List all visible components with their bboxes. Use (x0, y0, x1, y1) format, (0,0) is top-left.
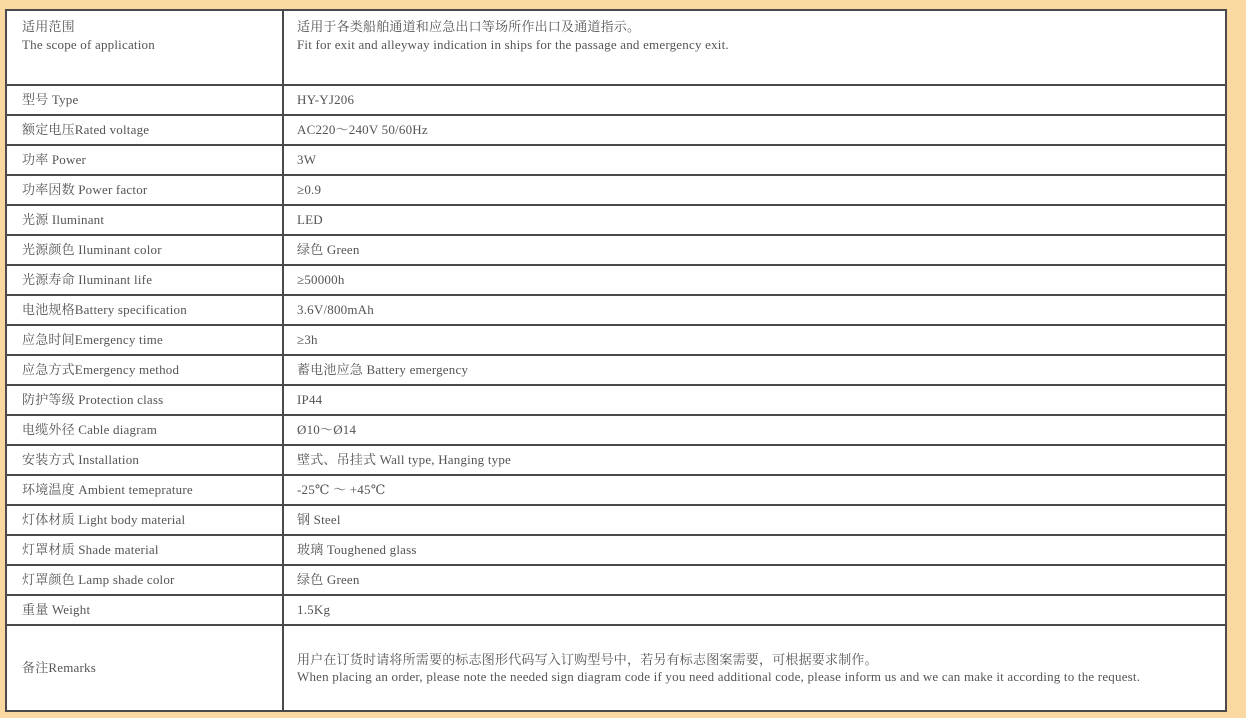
spec-value-cell: 玻璃 Toughened glass (284, 536, 1225, 564)
spec-value-line: Ø10～Ø14 (297, 421, 1197, 439)
spec-label-line: 灯罩颜色 Lamp shade color (22, 571, 274, 589)
spec-label-line: 环境温度 Ambient temeprature (22, 481, 274, 499)
spec-label-line: 安装方式 Installation (22, 451, 274, 469)
spec-value-cell: 适用于各类船舶通道和应急出口等场所作出口及通道指示。Fit for exit a… (284, 11, 1225, 84)
table-row: 应急时间Emergency time≥3h (7, 326, 1225, 356)
spec-value-cell: 绿色 Green (284, 566, 1225, 594)
spec-value-line: ≥0.9 (297, 181, 1197, 199)
spec-value-line: AC220～240V 50/60Hz (297, 121, 1197, 139)
spec-value-cell: 蓄电池应急 Battery emergency (284, 356, 1225, 384)
table-row: 应急方式Emergency method蓄电池应急 Battery emerge… (7, 356, 1225, 386)
spec-value-cell: 钢 Steel (284, 506, 1225, 534)
table-row: 环境温度 Ambient temeprature-25℃ ～ +45℃ (7, 476, 1225, 506)
table-row: 电缆外径 Cable diagramØ10～Ø14 (7, 416, 1225, 446)
spec-value-cell: 壁式、吊挂式 Wall type, Hanging type (284, 446, 1225, 474)
spec-value-line: HY-YJ206 (297, 91, 1197, 109)
spec-label-line: 灯罩材质 Shade material (22, 541, 274, 559)
spec-label-line: 光源寿命 Iluminant life (22, 271, 274, 289)
spec-table: 适用范围The scope of application适用于各类船舶通道和应急… (5, 9, 1227, 712)
spec-value-line: IP44 (297, 391, 1197, 409)
spec-value-line: 钢 Steel (297, 511, 1197, 529)
spec-value-cell: Ø10～Ø14 (284, 416, 1225, 444)
spec-label-line: 型号 Type (22, 91, 274, 109)
spec-sheet-page: 适用范围The scope of application适用于各类船舶通道和应急… (0, 0, 1246, 726)
spec-label-line: 防护等级 Protection class (22, 391, 274, 409)
spec-value-line: 3W (297, 151, 1197, 169)
table-row: 重量 Weight1.5Kg (7, 596, 1225, 626)
table-row: 功率因数 Power factor≥0.9 (7, 176, 1225, 206)
table-row: 安装方式 Installation壁式、吊挂式 Wall type, Hangi… (7, 446, 1225, 476)
spec-value-line: -25℃ ～ +45℃ (297, 481, 1197, 499)
spec-label-cell: 适用范围The scope of application (7, 11, 284, 84)
spec-label-cell: 灯罩颜色 Lamp shade color (7, 566, 284, 594)
spec-label-line: 应急方式Emergency method (22, 361, 274, 379)
spec-value-cell: ≥0.9 (284, 176, 1225, 204)
spec-label-line: 电池规格Battery specification (22, 301, 274, 319)
spec-label-cell: 安装方式 Installation (7, 446, 284, 474)
table-row: 备注Remarks用户在订货时请将所需要的标志图形代码写入订购型号中，若另有标志… (7, 626, 1225, 710)
table-row: 电池规格Battery specification3.6V/800mAh (7, 296, 1225, 326)
spec-value-cell: IP44 (284, 386, 1225, 414)
spec-value-line: ≥3h (297, 331, 1197, 349)
spec-label-cell: 电池规格Battery specification (7, 296, 284, 324)
spec-label-cell: 应急时间Emergency time (7, 326, 284, 354)
spec-label-cell: 光源寿命 Iluminant life (7, 266, 284, 294)
spec-value-line: When placing an order, please note the n… (297, 668, 1197, 686)
spec-value-line: 蓄电池应急 Battery emergency (297, 361, 1197, 379)
table-row: 灯体材质 Light body material钢 Steel (7, 506, 1225, 536)
spec-label-cell: 型号 Type (7, 86, 284, 114)
spec-label-line: 额定电压Rated voltage (22, 121, 274, 139)
spec-label-cell: 应急方式Emergency method (7, 356, 284, 384)
spec-label-cell: 备注Remarks (7, 626, 284, 710)
spec-label-line: 重量 Weight (22, 601, 274, 619)
spec-label-cell: 光源颜色 Iluminant color (7, 236, 284, 264)
table-row: 型号 TypeHY-YJ206 (7, 86, 1225, 116)
spec-value-line: Fit for exit and alleyway indication in … (297, 36, 1197, 54)
spec-label-cell: 灯体材质 Light body material (7, 506, 284, 534)
spec-value-cell: 3.6V/800mAh (284, 296, 1225, 324)
spec-label-cell: 光源 Iluminant (7, 206, 284, 234)
spec-label-line: 电缆外径 Cable diagram (22, 421, 274, 439)
spec-label-line: 适用范围 (22, 18, 274, 36)
table-row: 额定电压Rated voltageAC220～240V 50/60Hz (7, 116, 1225, 146)
table-row: 光源寿命 Iluminant life≥50000h (7, 266, 1225, 296)
spec-label-line: 光源 Iluminant (22, 211, 274, 229)
spec-label-line: 功率 Power (22, 151, 274, 169)
spec-label-cell: 电缆外径 Cable diagram (7, 416, 284, 444)
spec-value-cell: ≥3h (284, 326, 1225, 354)
spec-value-line: 绿色 Green (297, 241, 1197, 259)
spec-label-cell: 功率因数 Power factor (7, 176, 284, 204)
spec-value-cell: 绿色 Green (284, 236, 1225, 264)
spec-label-line: 备注Remarks (22, 659, 274, 677)
spec-value-cell: LED (284, 206, 1225, 234)
table-row: 适用范围The scope of application适用于各类船舶通道和应急… (7, 11, 1225, 86)
table-row: 功率 Power3W (7, 146, 1225, 176)
table-row: 光源颜色 Iluminant color绿色 Green (7, 236, 1225, 266)
table-row: 灯罩材质 Shade material玻璃 Toughened glass (7, 536, 1225, 566)
spec-value-cell: HY-YJ206 (284, 86, 1225, 114)
spec-value-line: 用户在订货时请将所需要的标志图形代码写入订购型号中，若另有标志图案需要，可根据要… (297, 651, 1197, 669)
spec-label-line: 灯体材质 Light body material (22, 511, 274, 529)
spec-value-cell: 3W (284, 146, 1225, 174)
spec-label-cell: 功率 Power (7, 146, 284, 174)
spec-value-line: 适用于各类船舶通道和应急出口等场所作出口及通道指示。 (297, 18, 1197, 36)
spec-label-cell: 重量 Weight (7, 596, 284, 624)
spec-value-cell: -25℃ ～ +45℃ (284, 476, 1225, 504)
spec-value-line: 玻璃 Toughened glass (297, 541, 1197, 559)
spec-value-line: 3.6V/800mAh (297, 301, 1197, 319)
spec-label-line: 功率因数 Power factor (22, 181, 274, 199)
table-row: 灯罩颜色 Lamp shade color绿色 Green (7, 566, 1225, 596)
spec-value-cell: ≥50000h (284, 266, 1225, 294)
spec-value-cell: AC220～240V 50/60Hz (284, 116, 1225, 144)
spec-label-cell: 防护等级 Protection class (7, 386, 284, 414)
spec-value-cell: 用户在订货时请将所需要的标志图形代码写入订购型号中，若另有标志图案需要，可根据要… (284, 626, 1225, 710)
spec-label-cell: 环境温度 Ambient temeprature (7, 476, 284, 504)
spec-label-line: The scope of application (22, 36, 274, 54)
spec-value-cell: 1.5Kg (284, 596, 1225, 624)
spec-value-line: 壁式、吊挂式 Wall type, Hanging type (297, 451, 1197, 469)
spec-label-line: 光源颜色 Iluminant color (22, 241, 274, 259)
spec-label-cell: 额定电压Rated voltage (7, 116, 284, 144)
decorative-frame: 适用范围The scope of application适用于各类船舶通道和应急… (0, 0, 1246, 718)
spec-value-line: 1.5Kg (297, 601, 1197, 619)
spec-value-line: 绿色 Green (297, 571, 1197, 589)
spec-label-cell: 灯罩材质 Shade material (7, 536, 284, 564)
table-row: 防护等级 Protection classIP44 (7, 386, 1225, 416)
table-row: 光源 IluminantLED (7, 206, 1225, 236)
spec-value-line: LED (297, 211, 1197, 229)
spec-value-line: ≥50000h (297, 271, 1197, 289)
spec-label-line: 应急时间Emergency time (22, 331, 274, 349)
